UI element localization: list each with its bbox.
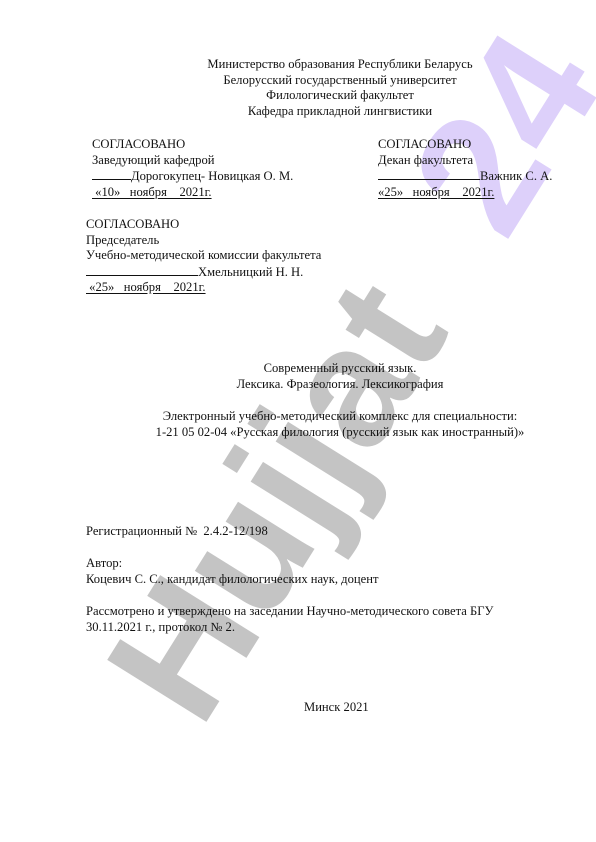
approval-date: «10» ноября 2021г. [92,185,293,201]
signature-line: Хмельницкий Н. Н. [86,264,321,281]
watermark-gray-text: Hujjat [71,250,482,751]
approval-position-line1: Председатель [86,233,321,249]
approval-position: Заведующий кафедрой [92,153,293,169]
approval-block-dean: СОГЛАСОВАНО Декан факультета Важник С. А… [378,137,552,200]
watermark-purple-text: 24 [375,2,596,263]
signatory-name: Важник С. А. [480,169,552,183]
approval-block-commission: СОГЛАСОВАНО Председатель Учебно-методиче… [86,217,321,296]
signatory-name: Дорогокупец- Новицкая О. М. [131,169,293,183]
signatory-name: Хмельницкий Н. Н. [198,265,303,279]
course-description-line2: 1-21 05 02-04 «Русская филология (русски… [100,425,580,441]
approval-title: СОГЛАСОВАНО [92,137,293,153]
signature-line: Дорогокупец- Новицкая О. М. [92,168,293,185]
institution-header: Министерство образования Республики Бела… [140,57,540,119]
approval-position: Декан факультета [378,153,552,169]
city-year: Минск 2021 [304,700,369,716]
faculty-line: Филологический факультет [140,88,540,104]
approval-note: Рассмотрено и утверждено на заседании На… [86,604,493,635]
approval-date: «25» ноября 2021г. [378,185,552,201]
approval-title: СОГЛАСОВАНО [86,217,321,233]
approval-note-line1: Рассмотрено и утверждено на заседании На… [86,604,493,620]
signature-line: Важник С. А. [378,168,552,185]
approval-position-line2: Учебно-методической комиссии факультета [86,248,321,264]
course-title-line1: Современный русский язык. [140,361,540,377]
university-line: Белорусский государственный университет [140,73,540,89]
author-block: Автор: Коцевич С. С., кандидат филологич… [86,556,378,587]
document-page: Hujjat 24 Министерство образования Респу… [0,0,596,842]
registration-number: Регистрационный № 2.4.2-12/198 [86,524,268,540]
course-description-line1: Электронный учебно-методический комплекс… [100,409,580,425]
approval-date: «25» ноября 2021г. [86,280,321,296]
signature-blank [92,168,131,180]
approval-block-head-of-department: СОГЛАСОВАНО Заведующий кафедрой Дорогоку… [92,137,293,200]
signature-blank [378,168,480,180]
approval-title: СОГЛАСОВАНО [378,137,552,153]
course-title-line2: Лексика. Фразеология. Лексикография [140,377,540,393]
course-description: Электронный учебно-методический комплекс… [100,409,580,440]
ministry-line: Министерство образования Республики Бела… [140,57,540,73]
department-line: Кафедра прикладной лингвистики [140,104,540,120]
signature-blank [86,264,198,276]
author-label: Автор: [86,556,378,572]
course-title: Современный русский язык. Лексика. Фразе… [140,361,540,392]
author-value: Коцевич С. С., кандидат филологических н… [86,572,378,588]
approval-note-line2: 30.11.2021 г., протокол № 2. [86,620,493,636]
